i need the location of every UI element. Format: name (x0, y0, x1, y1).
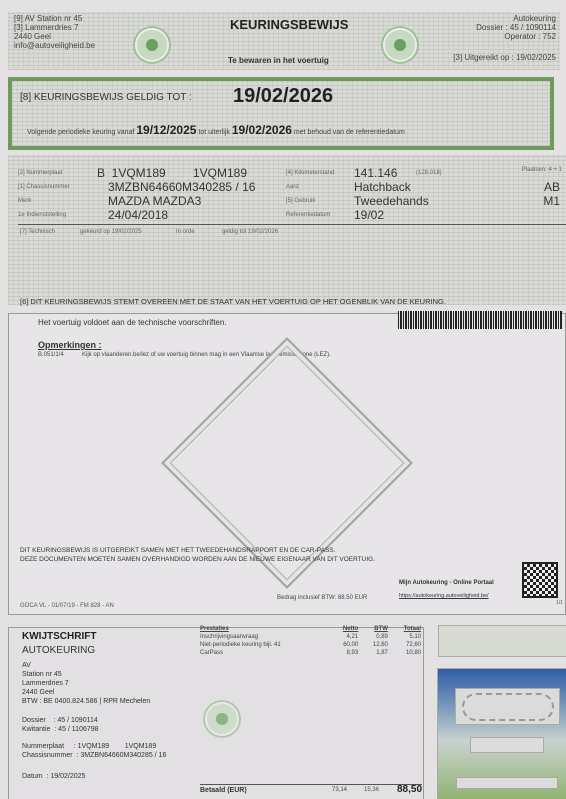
header-right-info: Autokeuring Dossier : 45 / 1090114 Opera… (476, 14, 556, 41)
receipt-subtitle: AUTOKEURING (22, 645, 95, 656)
header-right-line: Autokeuring (476, 14, 556, 23)
table-row: Niet-periodieke keuring bijl. 41 60,00 1… (198, 641, 423, 649)
next-mid: tot uiterlijk (198, 129, 230, 136)
stub-top-box (438, 625, 566, 657)
document-subtitle: Te bewaren in het voertuig (228, 56, 329, 65)
issuer-line: 2440 Geel (14, 32, 95, 41)
next-inspection: Volgende periodieke keuring vanaf 19/12/… (27, 123, 405, 137)
vat-number: BTW : BE 0400.824.586 | RPR Mechelen (22, 697, 150, 706)
chassis-label: [1] Chassisnummer (18, 184, 70, 190)
goca-eye-logo-icon (205, 702, 239, 736)
issuer-line: [9] AV Station nr 45 (14, 14, 95, 23)
type-value: Hatchback (354, 180, 411, 194)
plate-value-2: 1VQM189 (193, 166, 247, 180)
refdate-label: Referentiedatum (286, 212, 330, 218)
cell: Niet-periodieke keuring bijl. 41 (198, 641, 330, 649)
issuer-line: [3] Lammerdries 7 (14, 23, 95, 32)
notice-line-2: DEZE DOCUMENTEN MOETEN SAMEN OVERHANDIGD… (20, 556, 375, 563)
document-title: KEURINGSBEWIJS (230, 17, 348, 32)
receipt-dossier: Dossier : 45 / 1090114 (22, 717, 98, 724)
stub-emblem-ring (462, 693, 554, 721)
next-suffix: met behoud van de referentiedatum (294, 129, 405, 136)
inspection-certificate: [9] AV Station nr 45 [3] Lammerdries 7 2… (0, 0, 566, 799)
cell: 0,89 (360, 633, 390, 641)
km-label: [4] Kilometerstand (286, 170, 334, 176)
address-line: 2440 Geel (22, 688, 150, 697)
barcode (398, 311, 562, 329)
stub-field-1 (470, 737, 544, 753)
table-header-row: Prestaties Netto BTW Totaal (198, 625, 423, 633)
address-line: AV (22, 661, 150, 670)
next-prefix: Volgende periodieke keuring vanaf (27, 129, 134, 136)
cell: 1,87 (360, 649, 390, 657)
operator-number: Operator : 752 (476, 32, 556, 41)
brand-value: MAZDA MAZDA3 (108, 194, 201, 208)
services-table: Prestaties Netto BTW Totaal Inschrijving… (198, 625, 423, 657)
plate-value: B 1VQM189 (97, 166, 166, 180)
validity-date: 19/02/2026 (233, 85, 333, 108)
col-header: Prestaties (198, 625, 330, 633)
total-divider (200, 784, 422, 785)
dossier-number: Dossier : 45 / 1090114 (476, 23, 556, 32)
cell: 10,80 (390, 649, 423, 657)
technical-checked: gekeurd op 19/02/2025 (80, 229, 142, 235)
plate-label: [2] Nummerplaat (18, 170, 62, 176)
technical-status: In orde (176, 229, 195, 235)
validity-label: [8] KEURINGSBEWIJS GELDIG TOT : (20, 92, 192, 103)
type-label: Aard (286, 184, 299, 190)
total-label: Betaald (EUR) (200, 787, 247, 794)
col-header: Netto (330, 625, 360, 633)
total-btw: 15,36 (364, 787, 379, 793)
col-header: Totaal (390, 625, 423, 633)
use-label: [5] Gebruik (286, 198, 315, 204)
vehicle-category: M1 (543, 194, 560, 208)
issued-on: [3] Uitgereikt op : 19/02/2025 (453, 53, 556, 62)
address-line: Station nr 45 (22, 670, 150, 679)
portal-link[interactable]: https://autokeuring.autoveiligheid.be/ (399, 593, 489, 599)
conformity-statement: [6] DIT KEURINGSBEWIJS STEMT OVEREEN MET… (20, 297, 446, 306)
use-value: Tweedehands (354, 194, 429, 208)
chassis-value: 3MZBN64660M340285 / 16 (108, 180, 255, 194)
result-text: Het voertuig voldoet aan de technische v… (38, 318, 227, 327)
technical-valid: geldig tot 19/02/2026 (222, 229, 278, 235)
brand-label: Merk (18, 198, 31, 204)
col-header: BTW (360, 625, 390, 633)
body-code: AB (544, 180, 560, 194)
table-row: CarPass 8,93 1,87 10,80 (198, 649, 423, 657)
registration-label: 1e Indienststelling (18, 212, 66, 218)
next-until-date: 19/02/2026 (232, 123, 292, 137)
cell: 8,93 (330, 649, 360, 657)
receipt-title: KWIJTSCHRIFT (22, 631, 96, 642)
amount-incl-vat: Bedrag inclusief BTW: 88.50 EUR (277, 595, 367, 601)
next-from-date: 19/12/2025 (136, 123, 196, 137)
notice-line-1: DIT KEURINGSBEWIJS IS UITGEREIKT SAMEN M… (20, 547, 335, 554)
stub-field-2 (456, 777, 558, 789)
cell: 5,10 (390, 633, 423, 641)
table-row: Inschrijvingsaanvraag 4,21 0,89 5,10 (198, 633, 423, 641)
page-number: 1/1 (556, 600, 563, 606)
issuer-address: [9] AV Station nr 45 [3] Lammerdries 7 2… (14, 14, 95, 50)
receipt-chassis: Chassisnummer : 3MZBN64660M340285 / 16 (22, 752, 166, 759)
receipt-address: AV Station nr 45 Lammerdries 7 2440 Geel… (22, 661, 150, 706)
refdate-value: 19/02 (354, 208, 384, 222)
receipt-date: Datum : 19/02/2025 (22, 773, 85, 780)
total-netto: 73,14 (332, 787, 347, 793)
vehicle-divider (18, 224, 566, 225)
cell: 12,60 (360, 641, 390, 649)
cell: 4,21 (330, 633, 360, 641)
technical-label: [7] Technisch (20, 229, 55, 235)
registration-value: 24/04/2018 (108, 208, 168, 222)
remarks-title: Opmerkingen : (38, 340, 102, 350)
km-value: 141.146 (354, 166, 397, 180)
form-code: GOCA VL - 01/07/19 - FM 828 - AN (20, 603, 114, 609)
cell: 60,00 (330, 641, 360, 649)
remark-code: B.051/1/4 (38, 352, 64, 358)
total-amount: 88,50 (397, 784, 422, 795)
issuer-line: info@autoveiligheid.be (14, 41, 95, 50)
seats-label: Plaatsen: 4 + 1 (522, 167, 562, 173)
qr-code[interactable] (522, 562, 558, 598)
cell: Inschrijvingsaanvraag (198, 633, 330, 641)
goca-eye-logo-icon (383, 28, 417, 62)
km-previous: (128.018) (416, 170, 442, 176)
goca-eye-logo-icon (135, 28, 169, 62)
address-line: Lammerdries 7 (22, 679, 150, 688)
cell: 72,60 (390, 641, 423, 649)
portal-title: Mijn Autokeuring - Online Portaal (399, 580, 494, 586)
cell: CarPass (198, 649, 330, 657)
receipt-plate: Nummerplaat : 1VQM189 1VQM189 (22, 743, 156, 750)
receipt-kwitantie: Kwitantie : 45 / 1106798 (22, 726, 99, 733)
